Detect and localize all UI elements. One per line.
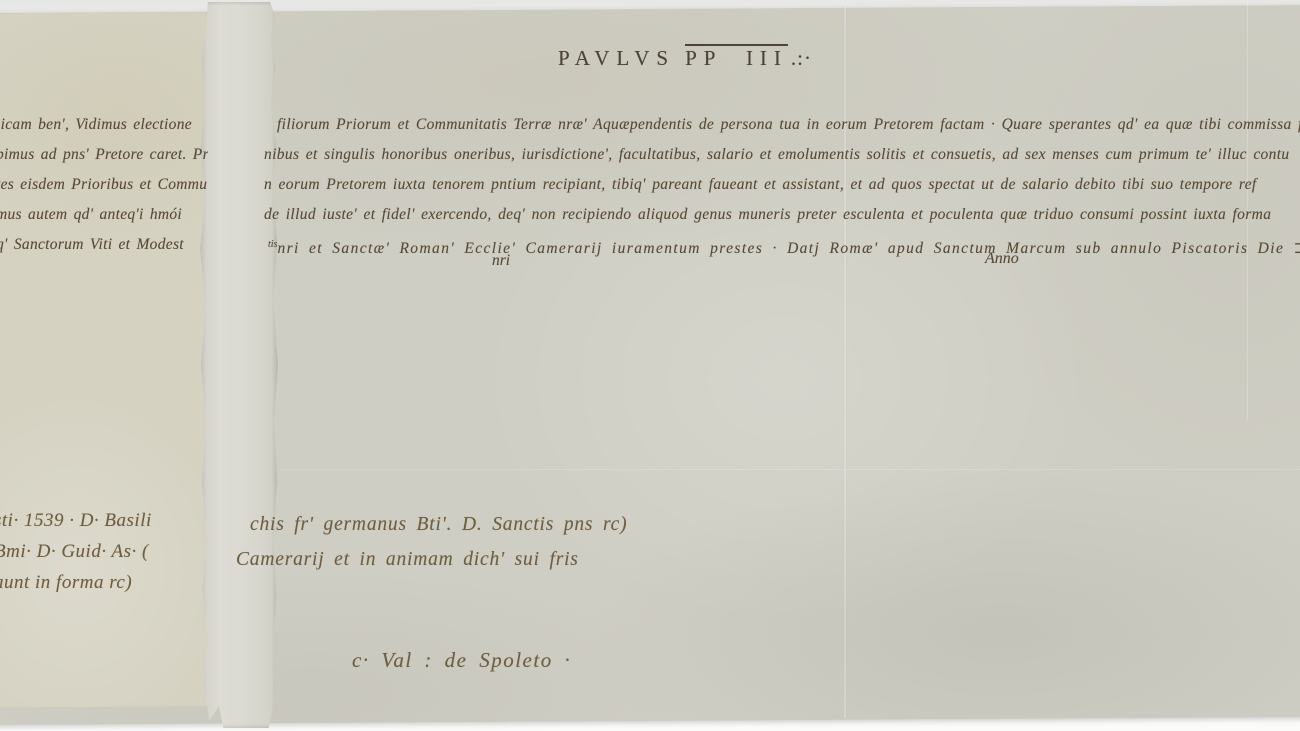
- main-text-block: filiorum Priorum et Communitatis Terræ n…: [264, 110, 1300, 264]
- cursive-line: sti· 1539 · D· Basili: [0, 505, 208, 536]
- manuscript-line: pimus ad pns' Pretore caret. Pr: [0, 140, 208, 170]
- cursive-line: Camerarij et in animam dich' sui fris: [236, 542, 736, 577]
- manuscript-line: tes eisdem Prioribus et Commu: [0, 170, 208, 200]
- manuscript-line: tisnri et Sanctæ' Roman' Ecclie' Camerar…: [264, 230, 1300, 264]
- manuscript-line: q' Sanctorum Viti et Modest: [0, 230, 208, 260]
- pp-numeral: PP III: [685, 46, 788, 70]
- cursive-line: aunt in forma rc): [0, 567, 208, 598]
- manuscript-line: de illud iuste' et fidel' exercendo, deq…: [264, 200, 1300, 230]
- manuscript-line: n eorum Pretorem iuxta tenorem pntium re…: [264, 170, 1300, 200]
- manuscript-line-text: nri et Sanctæ' Roman' Ecclie' Camerarij …: [277, 240, 1300, 257]
- lower-left-note-block: sti· 1539 · D· Basili Bmi· D· Guid· As· …: [0, 505, 208, 598]
- camerarii-note-block: chis fr' germanus Bti'. D. Sanctis pns r…: [236, 507, 736, 577]
- papal-heading: PAVLVSPP III.:·: [385, 46, 985, 71]
- word-nri: nri: [492, 252, 510, 270]
- heading-flourish: .:·: [791, 46, 812, 70]
- manuscript-line: nibus et singulis honoribus oneribus, iu…: [264, 140, 1300, 170]
- manuscript-line: licam ben', Vidimus electione: [0, 110, 208, 140]
- manuscript-line: filiorum Priorum et Communitatis Terræ n…: [264, 110, 1300, 140]
- signature: c· Val : de Spoleto ·: [352, 648, 571, 673]
- scanned-document-page: PAVLVSPP III.:· licam ben', Vidimus elec…: [0, 0, 1300, 731]
- left-fragment-text-block: licam ben', Vidimus electione pimus ad p…: [0, 110, 208, 260]
- pope-name: PAVLVS: [558, 46, 675, 70]
- cursive-line: Bmi· D· Guid· As· (: [0, 536, 208, 567]
- word-anno: Anno: [985, 250, 1019, 268]
- cursive-line: chis fr' germanus Bti'. D. Sanctis pns r…: [236, 507, 736, 542]
- manuscript-line: mus autem qd' anteq'i hmói: [0, 200, 208, 230]
